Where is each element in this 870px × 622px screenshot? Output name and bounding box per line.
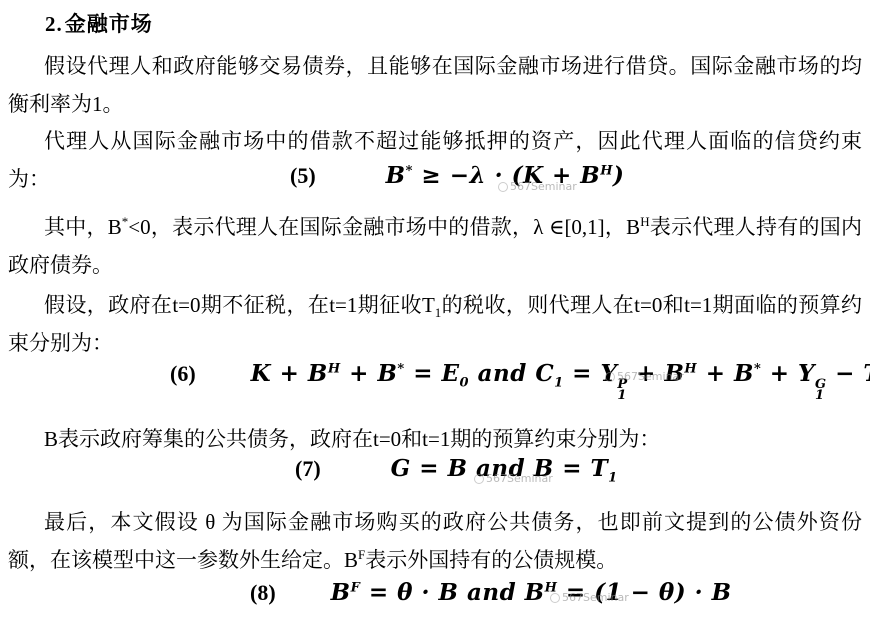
equation-7-label: (7) [295, 456, 321, 482]
section-title: 金融市场 [65, 12, 153, 36]
equation-7: (7) G = B and B = T1 [295, 455, 618, 482]
paragraph-public-debt: B表示政府筹集的公共债务，政府在t=0和t=1期的预算约束分别为： [8, 420, 862, 458]
section-number: 2. [45, 12, 65, 36]
equation-6: (6) K + BH + B* = E0 and C1 = YP1 + BH +… [170, 360, 870, 401]
paragraph-tax-assumption: 假设，政府在t=0期不征税，在t=1期征收T1的税收，则代理人在t=0和t=1期… [8, 286, 862, 362]
paragraph-notation: 其中，B*<0，表示代理人在国际金融市场中的借款，λ ∈[0,1]，BH表示代理… [8, 208, 862, 284]
paragraph-intro: 假设代理人和政府能够交易债券，且能够在国际金融市场进行借贷。国际金融市场的均衡利… [8, 47, 862, 123]
section-heading: 2.金融市场 [45, 8, 153, 38]
document-page: 2.金融市场 假设代理人和政府能够交易债券，且能够在国际金融市场进行借贷。国际金… [0, 0, 870, 622]
equation-5-label: (5) [290, 163, 316, 189]
equation-8: (8) BF = θ · B and BH = (1 − θ) · B [250, 579, 732, 606]
equation-6-label: (6) [170, 361, 196, 387]
equation-5-math: B* ≥ −λ · (K + BH) [386, 162, 625, 189]
paragraph-theta: 最后，本文假设 θ 为国际金融市场购买的政府公共债务，也即前文提到的公债外资份额… [8, 503, 862, 579]
equation-7-math: G = B and B = T1 [391, 455, 618, 482]
equation-8-math: BF = θ · B and BH = (1 − θ) · B [331, 579, 732, 606]
equation-8-label: (8) [250, 580, 276, 606]
equation-6-math: K + BH + B* = E0 and C1 = YP1 + BH + B* … [251, 360, 870, 401]
equation-5: (5) B* ≥ −λ · (K + BH) [290, 162, 624, 189]
